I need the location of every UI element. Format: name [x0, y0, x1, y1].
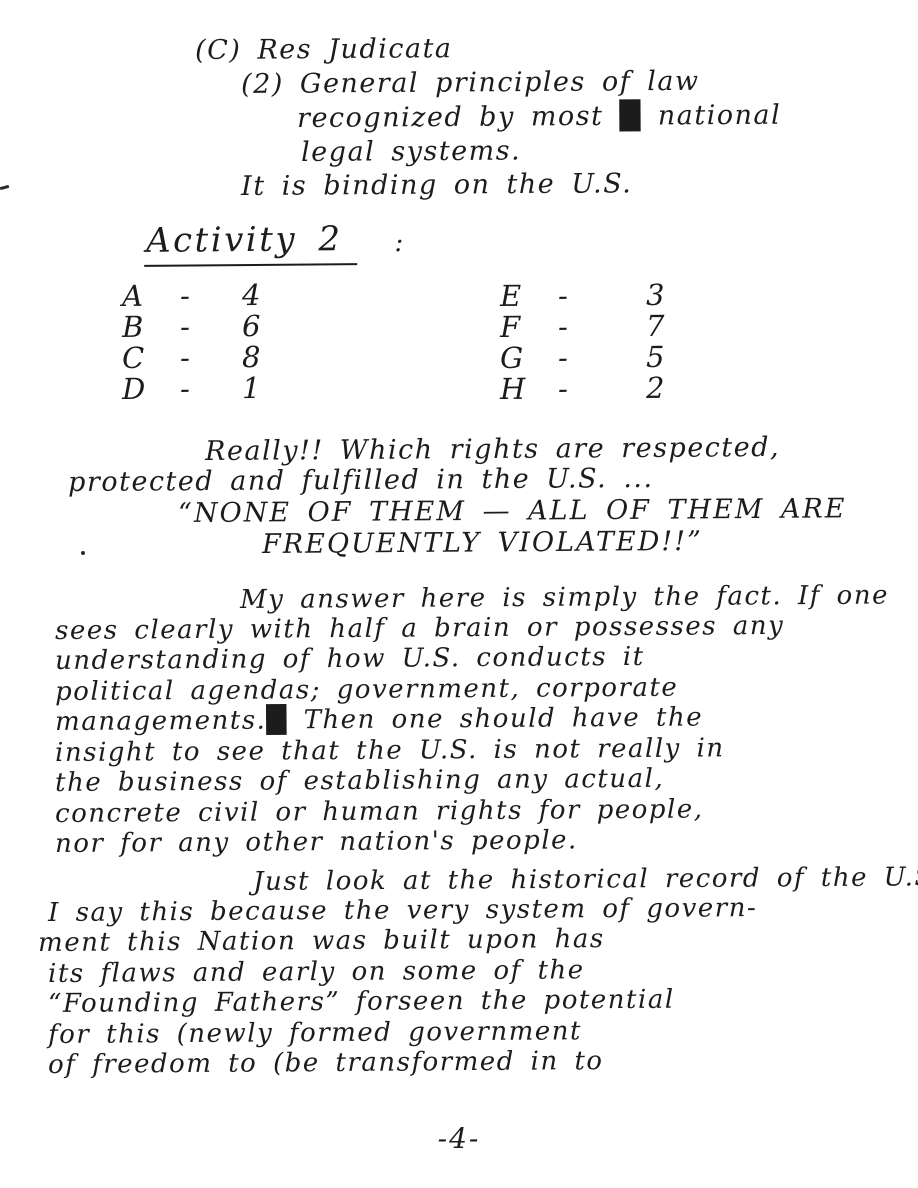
row-letter: C: [122, 343, 180, 374]
row-dash: -: [180, 342, 242, 373]
exclamation-block: Really!! Which rights are respected, pro…: [0, 436, 918, 560]
table-row: B - 6: [122, 311, 262, 343]
table-row: H - 2: [500, 373, 666, 405]
header-line-general-principles: (2) General principles of law: [241, 64, 781, 102]
exclaim-line-none-of-them: “NONE OF THEM — ALL OF THEM ARE: [178, 493, 918, 529]
scanned-handwritten-page: (C) Res Judicata (2) General principles …: [0, 0, 918, 1188]
table-row: C - 8: [122, 342, 262, 374]
row-value: 2: [646, 373, 666, 404]
row-dash: -: [180, 311, 242, 342]
header-line-res-judicata: (C) Res Judicata: [195, 30, 781, 68]
row-letter: G: [500, 343, 558, 374]
exclaim-line-protected: protected and fulfilled in the U.S. ...: [68, 461, 918, 498]
table-row: F - 7: [500, 311, 666, 343]
row-letter: F: [500, 312, 558, 343]
row-dash: -: [180, 373, 242, 404]
paragraph-historical-record: Just look at the historical record of th…: [48, 867, 918, 1081]
activity-title: Activity 2: [144, 219, 357, 267]
table-row: E - 3: [500, 280, 666, 312]
paragraph-line: of freedom to (be transformed in to: [48, 1044, 918, 1081]
header-notes: (C) Res Judicata (2) General principles …: [195, 34, 781, 204]
paragraph-my-answer: My answer here is simply the fact. If on…: [55, 585, 889, 860]
row-value: 8: [242, 342, 262, 373]
activity-heading: Activity 2 :: [144, 220, 403, 266]
row-letter: H: [500, 374, 558, 405]
answer-table-right: E - 3 F - 7 G - 5 H - 2: [500, 281, 666, 405]
table-row: G - 5: [500, 342, 666, 374]
row-value: 1: [242, 373, 262, 404]
paragraph-line: nor for any other nation's people.: [55, 823, 889, 859]
row-value: 6: [242, 311, 262, 342]
row-dash: -: [558, 373, 646, 405]
row-letter: A: [122, 281, 180, 312]
table-row: D - 1: [122, 373, 262, 405]
row-letter: B: [122, 312, 180, 343]
answer-table-left: A - 4 B - 6 C - 8 D - 1: [122, 281, 262, 405]
row-value: 7: [646, 311, 666, 342]
row-letter: E: [500, 281, 558, 312]
row-letter: D: [122, 374, 180, 405]
row-dash: -: [180, 280, 242, 311]
header-line-binding: It is binding on the U.S.: [241, 166, 781, 204]
row-value: 5: [646, 342, 666, 373]
row-value: 4: [242, 280, 262, 311]
row-dash: -: [558, 342, 646, 374]
header-line-legal-systems: legal systems.: [301, 133, 781, 170]
row-dash: -: [558, 311, 646, 343]
activity-colon: :: [395, 228, 404, 258]
header-line-recognized: recognized by most █ national: [297, 99, 781, 136]
row-value: 3: [646, 280, 666, 311]
scan-artifact: [0, 185, 9, 190]
page-number: -4-: [0, 1122, 918, 1155]
exclaim-line-violated: FREQUENTLY VIOLATED!!”: [262, 524, 918, 560]
table-row: A - 4: [122, 280, 262, 312]
row-dash: -: [558, 280, 646, 312]
